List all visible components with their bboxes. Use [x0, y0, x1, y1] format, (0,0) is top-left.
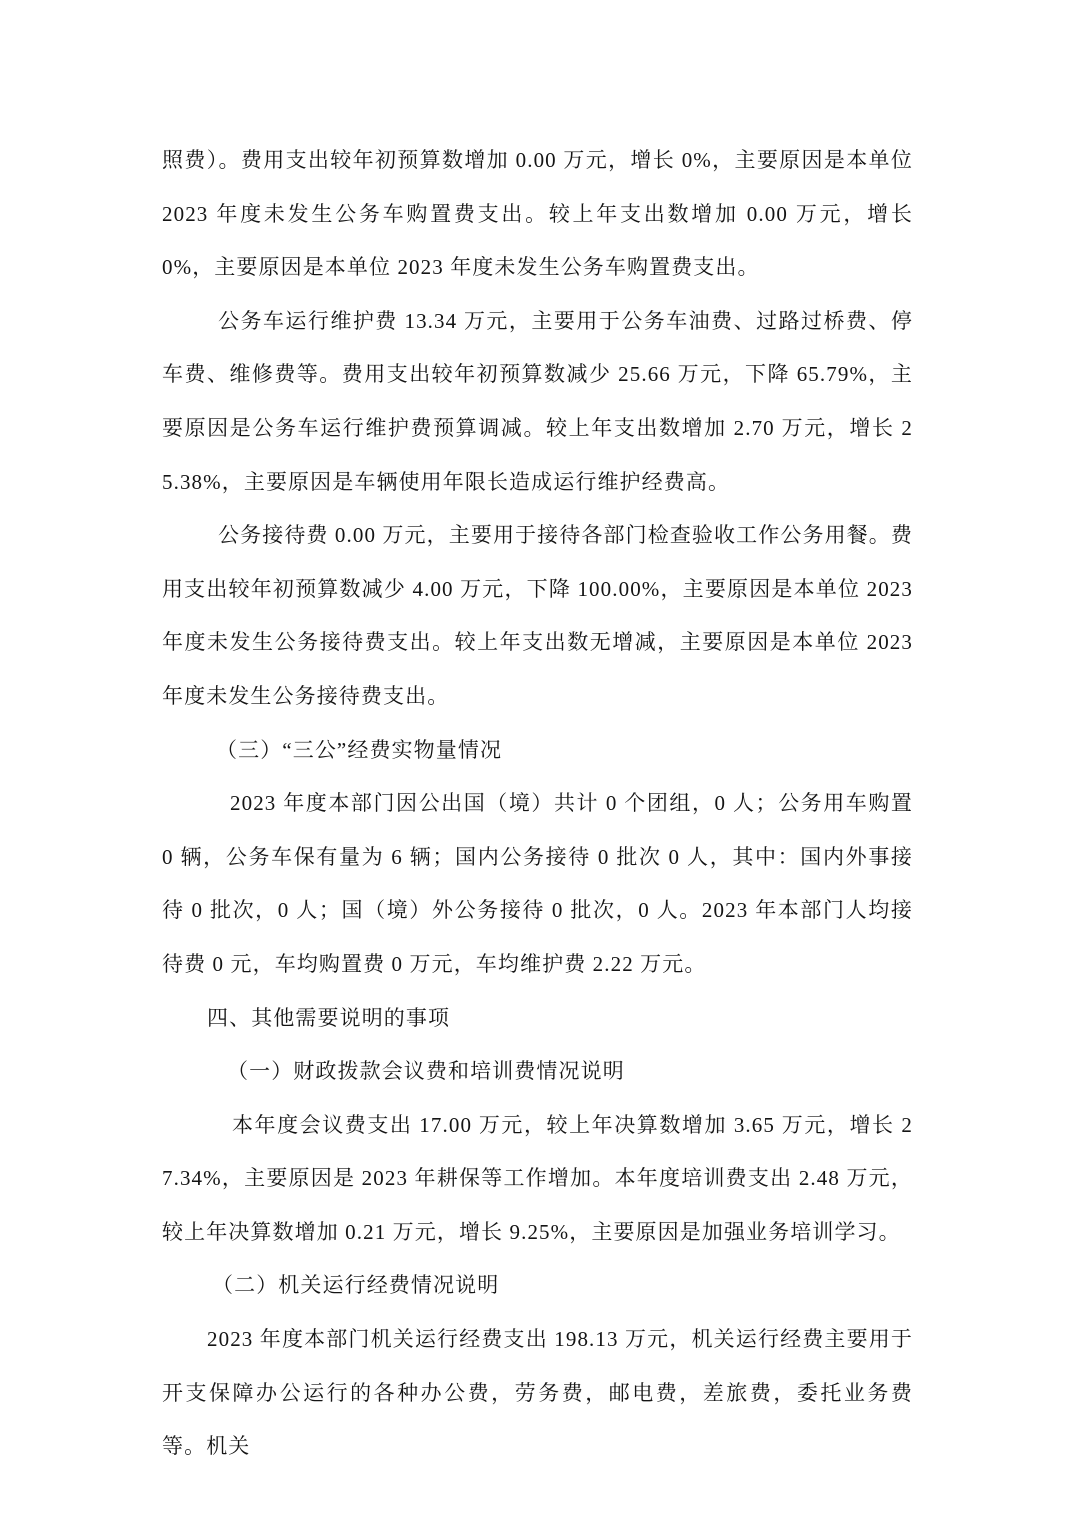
paragraph-official-vehicle-maintenance: 公务车运行维护费 13.34 万元，主要用于公务车油费、过路过桥费、停车费、维修…: [162, 295, 913, 509]
heading-4-2-agency-operating-expenses: （二）机关运行经费情况说明: [162, 1259, 913, 1313]
heading-section-3-three-public-physical-quantity: （三）“三公”经费实物量情况: [162, 724, 913, 778]
paragraph-official-reception: 公务接待费 0.00 万元，主要用于接待各部门检查验收工作公务用餐。费用支出较年…: [162, 509, 913, 723]
paragraph-meeting-and-training-fees: 本年度会议费支出 17.00 万元，较上年决算数增加 3.65 万元，增长 27…: [162, 1099, 913, 1260]
heading-section-4-other-matters: 四、其他需要说明的事项: [162, 992, 913, 1046]
paragraph-vehicle-purchase-continued: 照费）。费用支出较年初预算数增加 0.00 万元，增长 0%，主要原因是本单位 …: [162, 134, 913, 295]
document-page: 照费）。费用支出较年初预算数增加 0.00 万元，增长 0%，主要原因是本单位 …: [0, 0, 1074, 1520]
paragraph-agency-operating-expenses: 2023 年度本部门机关运行经费支出 198.13 万元，机关运行经费主要用于开…: [162, 1313, 913, 1474]
paragraph-three-public-physical-quantity: 2023 年度本部门因公出国（境）共计 0 个团组，0 人；公务用车购置 0 辆…: [162, 777, 913, 991]
heading-4-1-meeting-and-training-fees: （一）财政拨款会议费和培训费情况说明: [162, 1045, 913, 1099]
